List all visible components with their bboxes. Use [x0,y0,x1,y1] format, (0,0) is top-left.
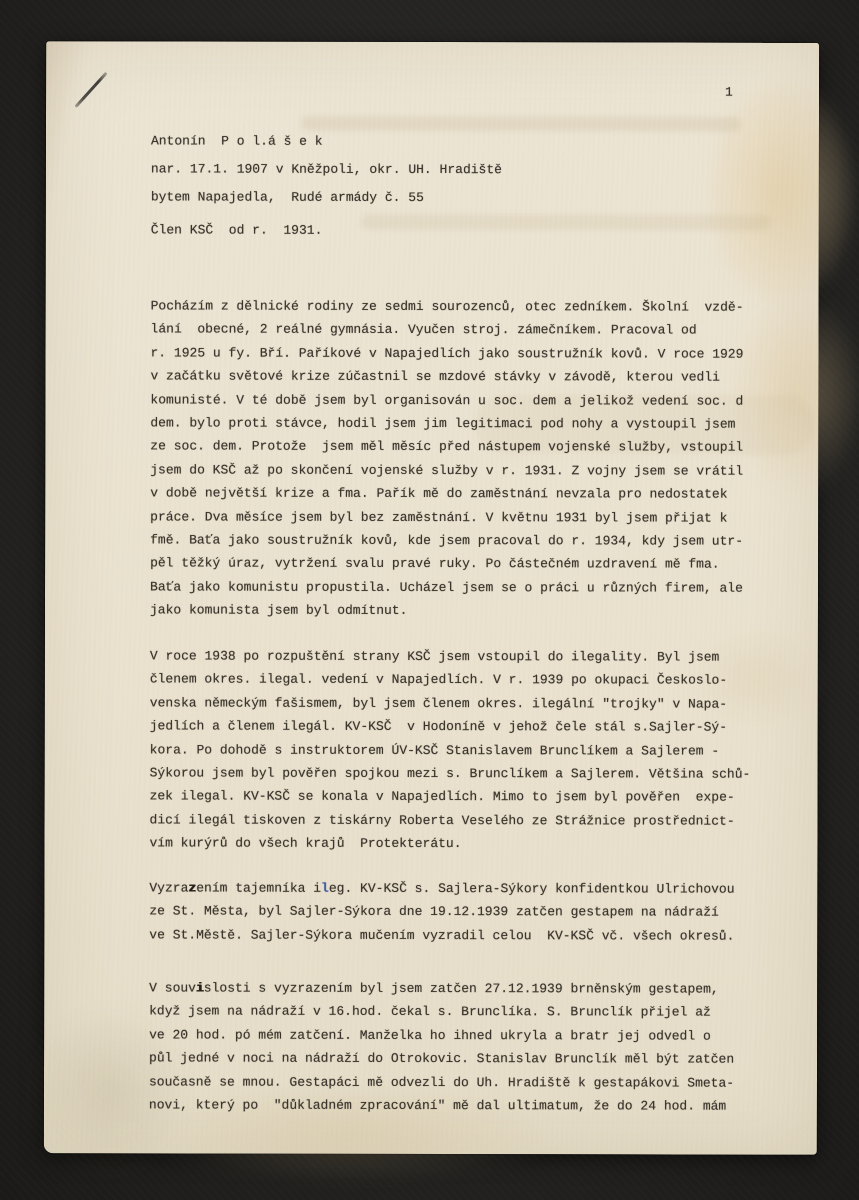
text-line: V roce 1938 po rozpuštění strany KSČ jse… [150,644,859,669]
text-line: jedlích a členem ilegál. KV-KSČ v Hodoní… [150,715,859,740]
text-line: v začátku světové krize zúčastnil se mzd… [150,365,859,390]
text-segment: eg. KV-KSČ s. Sajlera-Sýkory konfidentko… [329,881,735,897]
text-line: práce. Dva měsíce jsem byl bez zaměstnán… [150,505,859,530]
person-name: Antonín P o l.á š e k [151,129,323,153]
text-line: jako komunista jsem byl odmítnut. [150,599,859,624]
text-line: r. 1925 u fy. Bří. Paříkové v Napajedlíc… [150,341,859,366]
text-line: Sýkorou jsem byl pověřen spojkou mezi s.… [150,761,859,786]
overstrike-correction: i [196,981,204,996]
text-segment: V souv [149,980,196,995]
text-line: fmě. Baťa jako soustružník kovů, kde jse… [150,528,859,553]
paragraph-3: Vyzrazením tajemníka ileg. KV-KSČ s. Saj… [44,876,817,948]
text-line: Vyzrazením tajemníka ileg. KV-KSČ s. Saj… [149,876,859,901]
document-body: Pocházím z dělnické rodiny ze sedmi sour… [46,41,819,43]
page-number: 1 [725,81,733,104]
birth-line: nar. 17.1. 1907 v Kněžpoli, okr. UH. Hra… [151,157,502,181]
text-line: V souvislosti s vyzrazením byl jsem zatč… [149,976,859,1001]
text-line: zek ilegal. KV-KSČ se konala v Napajedlí… [150,785,859,810]
membership-line: Člen KSČ od r. 1931. [151,218,323,242]
text-line: dicí ilegál tiskoven z tiskárny Roberta … [150,808,859,833]
pencil-slash-mark [75,72,108,108]
text-line: členem okres. ilegal. vedení v Napajedlí… [150,668,859,693]
text-line: pěl těžký úraz, vytržení svalu pravé ruk… [150,552,859,577]
text-line: ze soc. dem. Protože jsem měl měsíc před… [150,435,859,460]
text-line: v době největší krize a fma. Pařík mě do… [150,482,859,507]
ink-bleedthrough [361,214,771,231]
paragraph-4: V souvislosti s vyzrazením byl jsem zatč… [44,976,817,1118]
text-line: komunisté. V té době jsem byl organisová… [150,388,859,413]
text-line: kora. Po dohodě s instruktorem ÚV-KSČ St… [150,738,859,763]
paragraph-2: V roce 1938 po rozpuštění strany KSČ jse… [44,644,817,856]
photo-background: 1 Antonín P o l.á š e k nar. 17.1. 1907 … [0,0,859,1200]
text-line: ve St.Městě. Sajler-Sýkora mučením vyzra… [149,923,859,948]
paper-stain [706,78,856,308]
text-line: Baťa jako komunistu propustila. Ucházel … [150,575,859,600]
ink-bleedthrough [301,116,741,132]
text-line: když jsem na nádraží v 16.hod. čekal s. … [149,1000,859,1025]
paragraph-1: Pocházím z dělnické rodiny ze sedmi sour… [45,294,819,623]
text-line: Pocházím z dělnické rodiny ze sedmi sour… [151,294,859,319]
text-segment: Vyzra [149,880,188,895]
text-line: lání obecné, 2 reálné gymnásia. Vyučen s… [151,318,859,343]
address-line: bytem Napajedla, Rudé armády č. 55 [151,185,424,209]
text-line: dem. bylo proti stávce, hodil jsem jim l… [150,411,859,436]
text-line: ze St. Města, byl Sajler-Sýkora dne 19.1… [149,900,859,925]
text-line: jsem do KSČ až po skončení vojenské služ… [150,458,859,483]
text-line: venska německým fašismem, byl jsem člene… [150,691,859,716]
text-line: půl jedné v noci na nádraží do Otrokovic… [149,1047,859,1072]
text-line: vím kurýrů do všech krajů Protekterátu. [149,832,859,857]
text-segment: ením tajemníka i [196,881,321,896]
text-line: současně se mnou. Gestapáci mě odvezli d… [149,1070,859,1095]
text-line: ve 20 hod. pó mém zatčení. Manželka ho i… [149,1023,859,1048]
text-line: novi, který po "důkladném zpracování" mě… [149,1093,859,1118]
text-segment: slosti s vyzrazením byl jsem zatčen 27.1… [204,981,719,997]
overstrike-correction: z [188,880,196,895]
document-page: 1 Antonín P o l.á š e k nar. 17.1. 1907 … [44,41,819,1155]
